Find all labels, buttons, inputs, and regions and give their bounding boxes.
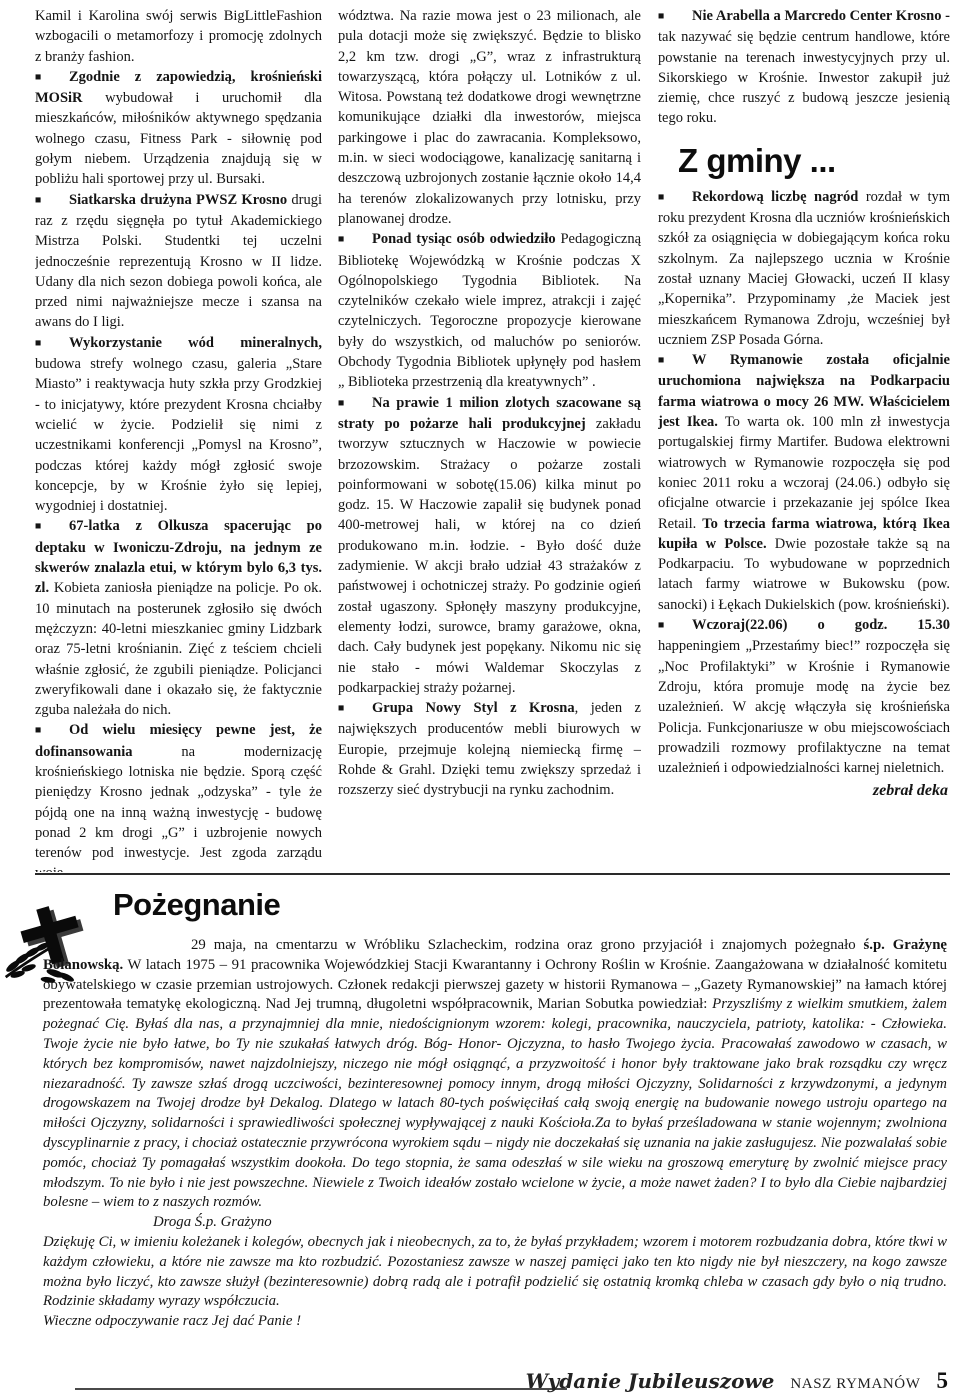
text-segment-normal: drugi raz z rzędu sięgnęła po tytuł Akad… (35, 192, 322, 331)
news-section: Kamil i Karolina swój serwis BigLittleFa… (35, 6, 950, 872)
text-segment-italic: Wieczne odpoczywanie racz Jej dać Panie … (43, 1313, 301, 1329)
obituary-paragraph: 29 maja, na cmentarzu w Wróbliku Szlache… (43, 936, 947, 1213)
text-segment-normal: Pedagogiczną Bibliotekę Wojewódzką w Kro… (338, 231, 641, 390)
text-segment-italic: Dziękuję Ci, w imieniu koleżanek i koleg… (43, 1234, 947, 1309)
text-segment-bold: Nie Arabella a Marcredo Center Krosno - (692, 8, 950, 24)
obituary-text: 29 maja, na cmentarzu w Wróbliku Szlache… (43, 936, 947, 1332)
news-item: ■67-latka z Olkusza spacerując po deptak… (35, 516, 322, 720)
news-item: ■Zgodnie z zapowiedzią, krośnieński MOSi… (35, 67, 322, 190)
bullet-square-icon: ■ (35, 191, 69, 211)
bullet-square-icon: ■ (658, 616, 692, 636)
bullet-square-icon: ■ (338, 699, 372, 719)
text-segment-normal: To warta ok. 100 mln zł inwestycja portu… (658, 414, 950, 531)
news-item: ■Siatkarska drużyna PWSZ Krosno drugi ra… (35, 190, 322, 333)
text-segment-normal: tak nazywać się będzie centrum handlowe,… (658, 29, 950, 126)
text-segment-bold: Wczoraj(22.06) o godz. 15.30 (692, 617, 950, 633)
page-footer: Wydanie Jubileuszowe NASZ RYMANÓW 5 (0, 1362, 960, 1400)
bullet-square-icon: ■ (338, 394, 372, 414)
footer-rule (75, 1388, 567, 1390)
z-gminy-heading: Z gminy ... (678, 143, 950, 179)
bullet-square-icon: ■ (35, 721, 69, 741)
bullet-square-icon: ■ (35, 334, 69, 354)
news-item: ■Grupa Nowy Styl z Krosna, jeden z najwi… (338, 698, 641, 800)
text-segment-normal: zakładu tworzyw sztucznych w Haczowie w … (338, 416, 641, 696)
text-segment-italic: Przyszliśmy z wielkim smutkiem, żalem po… (43, 996, 947, 1210)
text-segment-italic: Droga Ś.p. Grażyno (153, 1214, 272, 1230)
bullet-square-icon: ■ (658, 351, 692, 371)
newspaper-name: NASZ RYMANÓW (790, 1376, 920, 1393)
text-segment-bold: Rekordową liczbę nagród (692, 189, 858, 205)
obituary-paragraph: Wieczne odpoczywanie racz Jej dać Panie … (43, 1312, 947, 1332)
news-item: ■Od wielu miesięcy pewne jest, że dofina… (35, 720, 322, 872)
section-divider (35, 873, 950, 875)
bullet-square-icon: ■ (338, 230, 372, 250)
text-segment-normal: 29 maja, na cmentarzu w Wróbliku Szlache… (191, 937, 863, 953)
text-segment-bold: Siatkarska drużyna PWSZ Krosno (69, 192, 287, 208)
news-column-left: Kamil i Karolina swój serwis BigLittleFa… (35, 6, 322, 872)
news-item: ■Nie Arabella a Marcredo Center Krosno -… (658, 6, 950, 129)
text-segment-bold: Ponad tysiąc osób odwiedziło (372, 231, 556, 247)
bullet-square-icon: ■ (658, 7, 692, 27)
text-segment-normal: na modernizację krośnieńskiego lotniska … (35, 744, 322, 872)
farewell-section: Pożegnanie 29 maja, na cmentarzu w Wróbl… (35, 884, 947, 1364)
text-segment-normal: budowa strefy wolnego czasu, galeria „St… (35, 356, 322, 514)
news-item: ■Ponad tysiąc osób odwiedziło Pedagogicz… (338, 229, 641, 392)
news-item: ■Wykorzystanie wód mineralnych, budowa s… (35, 333, 322, 517)
obituary-paragraph: Droga Ś.p. Grażyno (43, 1213, 947, 1233)
news-item-continuation: wództwa. Na razie mowa jest o 23 miliona… (338, 6, 641, 229)
news-item: ■Na prawie 1 milion zlotych szacowane są… (338, 393, 641, 698)
text-segment-bold: Wykorzystanie wód mineralnych, (69, 335, 322, 351)
news-item-continuation: Kamil i Karolina swój serwis BigLittleFa… (35, 6, 322, 67)
news-column-middle: wództwa. Na razie mowa jest o 23 miliona… (338, 6, 641, 872)
page-number: 5 (937, 1368, 949, 1394)
text-segment-normal: wództwa. Na razie mowa jest o 23 miliona… (338, 8, 641, 227)
edition-name: Wydanie Jubileuszowe (526, 1369, 775, 1393)
bullet-square-icon: ■ (35, 517, 69, 537)
text-segment-normal: Kobieta zaniosła pieniądze na policje. P… (35, 580, 322, 718)
news-item: ■W Rymanowie została oficjalnie uruchomi… (658, 350, 950, 615)
bullet-square-icon: ■ (658, 188, 692, 208)
news-column-right: ■Nie Arabella a Marcredo Center Krosno -… (658, 6, 950, 872)
text-segment-normal: Kamil i Karolina swój serwis BigLittleFa… (35, 8, 322, 65)
text-segment-bold: Grupa Nowy Styl z Krosna (372, 700, 575, 716)
farewell-title: Pożegnanie (113, 888, 947, 922)
obituary-paragraph: Dziękuję Ci, w imieniu koleżanek i koleg… (43, 1233, 947, 1312)
text-segment-normal: happeningiem „Przestańmy biec!” rozpoczę… (658, 638, 950, 776)
footer-imprint: Wydanie Jubileuszowe NASZ RYMANÓW 5 (526, 1368, 948, 1394)
bullet-square-icon: ■ (35, 68, 69, 88)
newspaper-page: Kamil i Karolina swój serwis BigLittleFa… (0, 0, 960, 1400)
byline: zebrał deka (658, 782, 950, 800)
news-item: ■Wczoraj(22.06) o godz. 15.30 happeningi… (658, 615, 950, 778)
news-item: ■Rekordową liczbę nagród rozdał w tym ro… (658, 187, 950, 350)
text-segment-normal: rozdał w tym roku prezydent Krosna dla u… (658, 189, 950, 348)
